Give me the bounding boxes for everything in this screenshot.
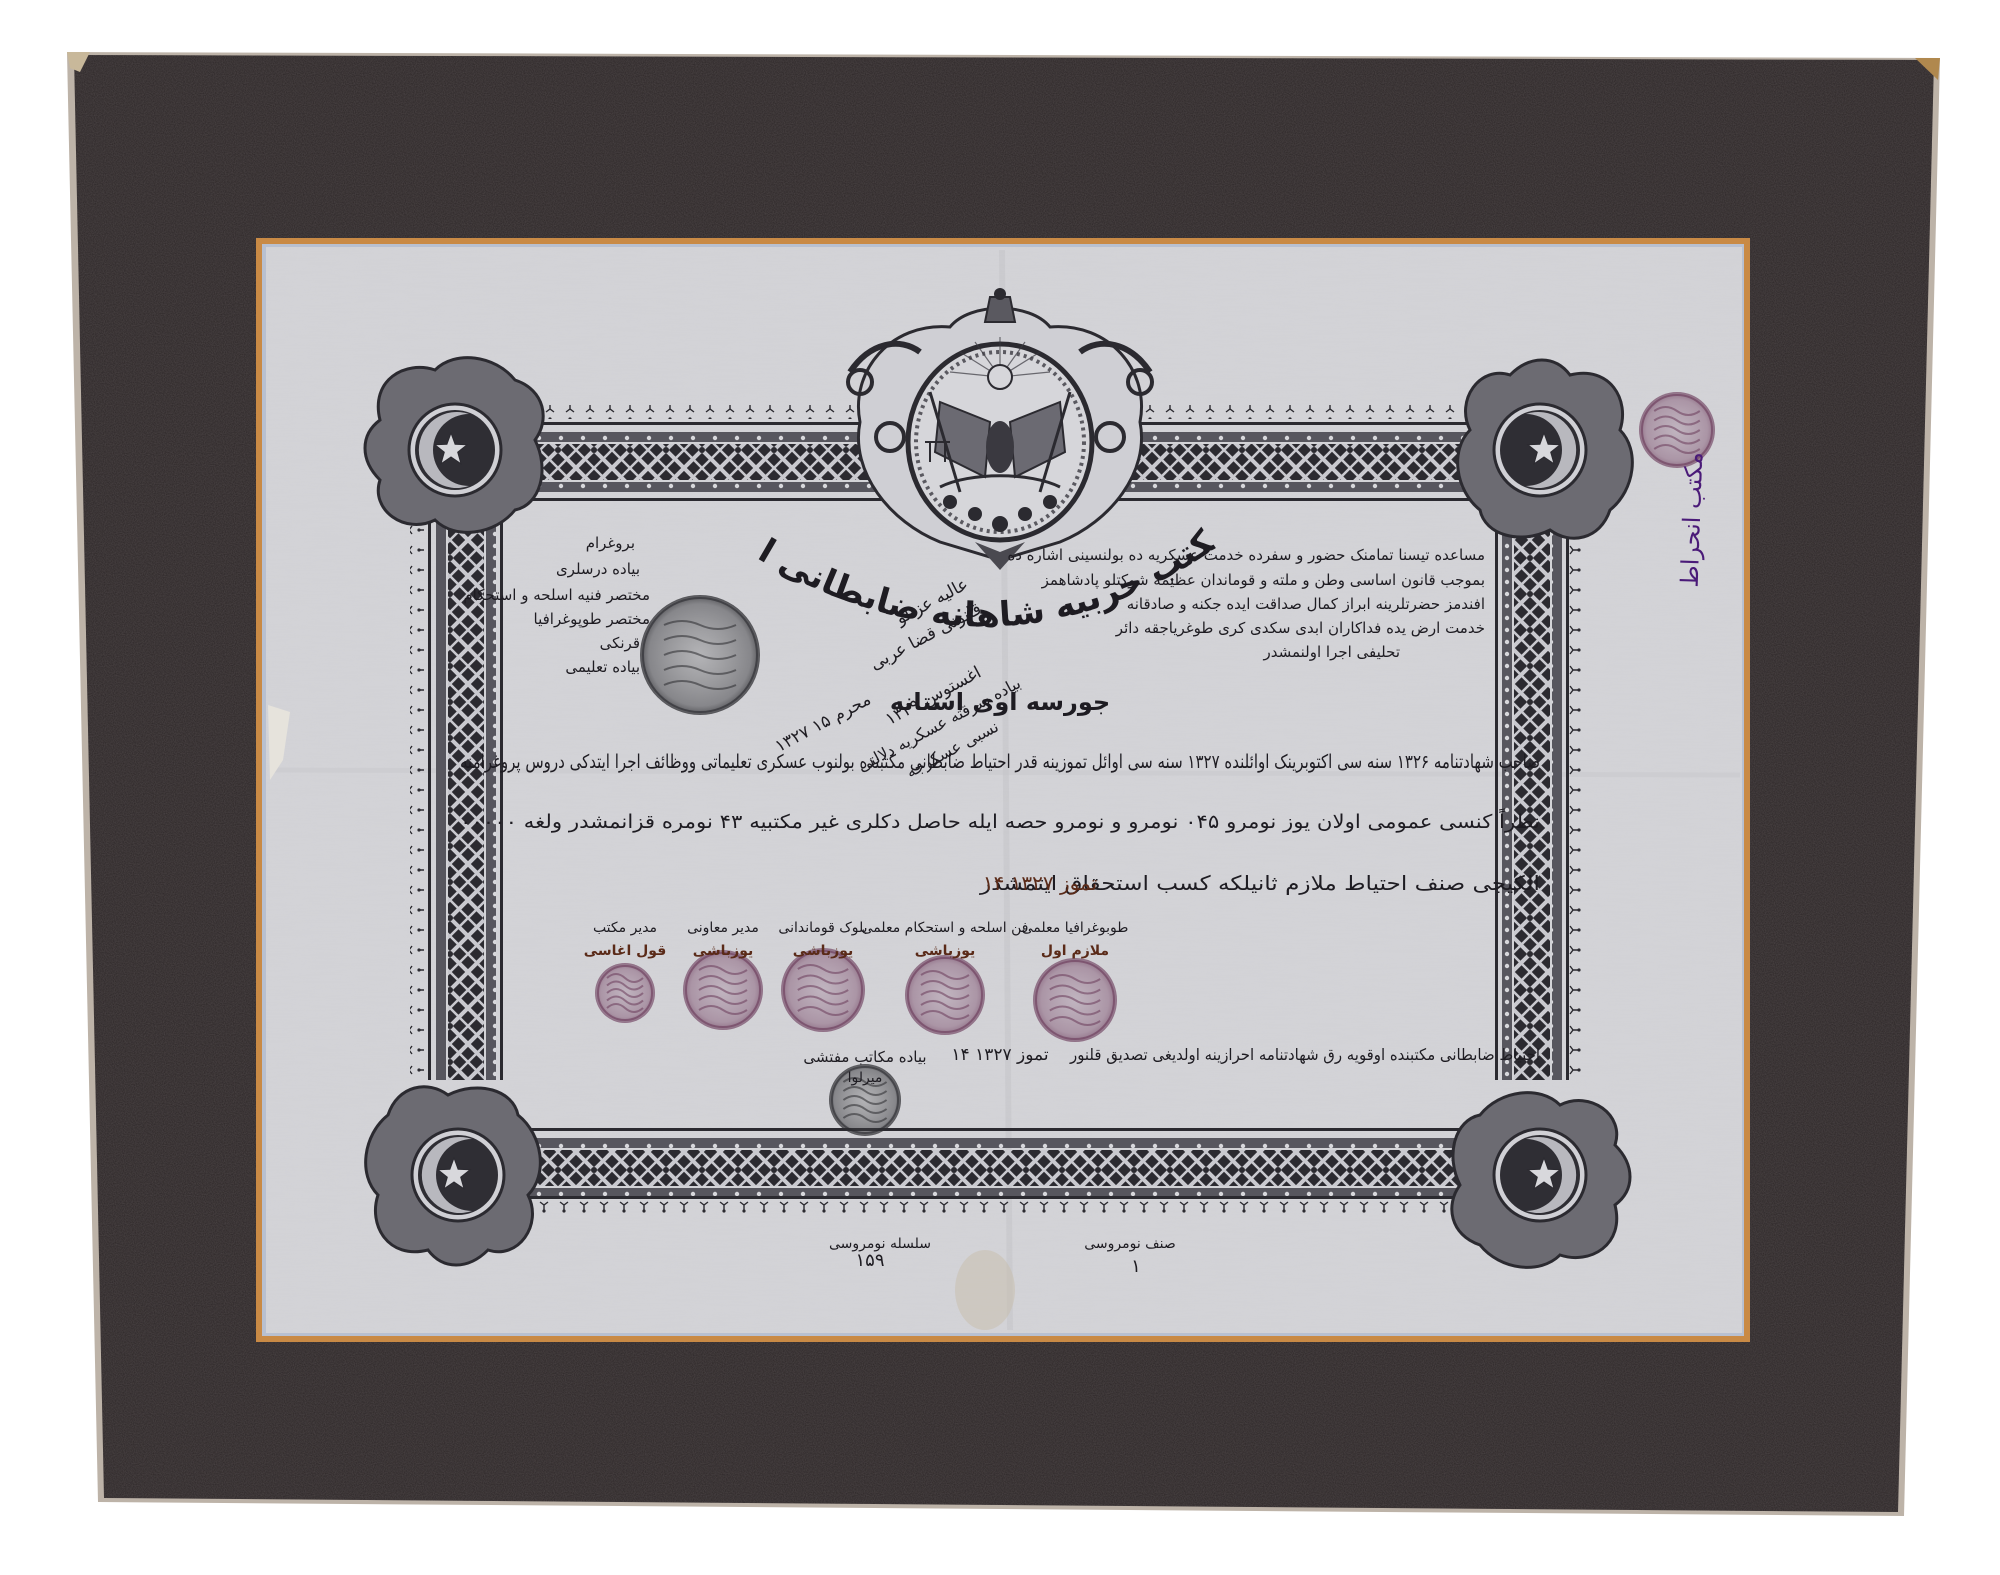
seal-weapons-instructor [905,955,985,1035]
program-line: مختصر فنیه اسلحه و استحکام [463,586,650,604]
border-right [1495,520,1569,1080]
class-number: ۱ [1131,1256,1141,1277]
seal-vice-director [683,950,763,1030]
crescent-star-icon [1458,360,1633,538]
inspector-rank: میرلوا [848,1070,883,1086]
issue-date: ۱۴ تموز ۱۳۲۷ [983,871,1097,895]
oath-line: خدمت ارض یده فداکاران ابدی سکدی کری طوغر… [1115,619,1485,637]
signatory-title: مدیر مکتب [593,920,657,936]
oath-line: بموجب قانون اساسی وطن و ملته و قوماندان … [1041,571,1485,590]
signatory-rank: قول اغاسی [584,943,667,959]
body-line-2: نظراً کنسی عمومی اولان یوز نومرو ۰۴۵ نوم… [460,808,1540,833]
signatory-title: مدیر معاونی [687,920,759,936]
heading: جورسه اوی استانه [890,688,1110,716]
border-left [428,520,503,1080]
framed-certificate-photo: بیاده مکتب حربیه شاهانه ضابطانی احتیاط ع… [0,0,2000,1575]
program-line: مختصر طوپوغرافیا [534,610,650,629]
oath-line: تحلیفی اجرا اولنمشدر [1262,643,1400,661]
crescent-star-icon [366,1087,541,1265]
stain [955,1250,1015,1330]
oath-line: مساعده تیسنا تمامنک حضور و سفرده خدمت عس… [1007,546,1485,564]
program-line: قرنکی [600,634,640,652]
serial-number: ۱۵۹ [855,1250,884,1271]
confirmation-date: ۱۴ تموز ۱۳۲۷ [951,1045,1048,1065]
signatory-rank: یوزباشی [915,943,976,959]
seal-company-commander [781,948,865,1032]
crescent-star-icon [365,358,543,533]
seal-director [595,963,655,1023]
signatory-title: بلوک قوماندانی [778,920,867,936]
signatory-title: فن اسلحه و استحکام معلمی [862,920,1029,936]
confirmation-line: احتیاط ضابطانی مکتبنده اوقویه رق شهادتنا… [1069,1045,1540,1065]
large-seal [640,595,760,715]
signatory-rank: یوزباشی [793,943,854,959]
inspector-title: بیاده مکاتب مفتشی [803,1048,926,1066]
class-label: صنف نومروسی [1084,1236,1176,1252]
crescent-star-icon [1452,1093,1630,1268]
signatory-rank: ملازم اول [1041,943,1109,959]
program-line: بیاده تعلیمی [565,658,640,676]
signatory-rank: یوزباشی [693,943,754,959]
seal-topography-instructor [1033,958,1117,1042]
program-line: بیاده درسلری [556,560,640,578]
signatory-title: طوبوغرافیا معلمی [1022,920,1129,936]
body-line-1: صاحب شهادتنامه ۱۳۲۶ سنه سی اکتوبرینک اوا… [460,751,1540,773]
program-line: بروغرام [586,534,635,552]
oath-line: افندمز حضرتلرینه ابراز کمال صداقت ایده ج… [1127,595,1485,613]
margin-note: مکتب انحراط [1676,452,1709,588]
border-bottom [520,1128,1475,1199]
